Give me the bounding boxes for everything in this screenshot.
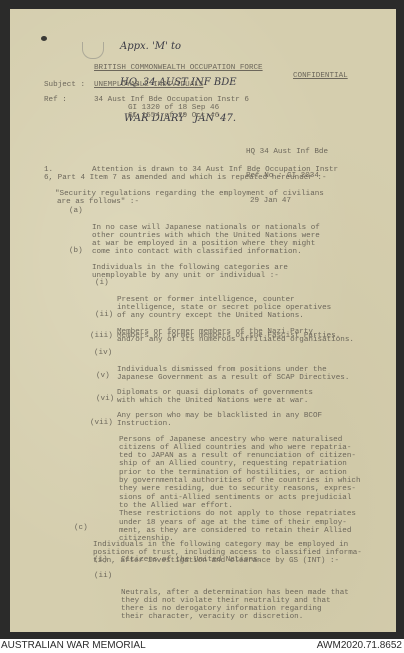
subitem-label: (iv)	[94, 349, 112, 357]
caption-bar: AUSTRALIAN WAR MEMORIAL AWM2020.71.8652	[0, 639, 404, 653]
subitem-label: (i)	[95, 279, 109, 287]
subitem-label: (i)	[94, 556, 108, 564]
item-label: (b)	[69, 247, 83, 255]
subitem-label: (ii)	[94, 572, 112, 580]
document-page: Appx. 'M' to HQ. 34 AUST INF BDE WAR DIA…	[10, 9, 396, 632]
ref-line: GI 1554 of 29 Oct 46	[128, 112, 219, 120]
item-label: (a)	[69, 207, 83, 215]
subitem-text: Citizens of the United Nations.	[121, 556, 262, 564]
institution-caption: AUSTRALIAN WAR MEMORIAL	[1, 639, 146, 653]
quote-text: are as follows" :-	[57, 198, 139, 206]
subitem-label: (ii)	[95, 311, 113, 319]
pencil-mark	[82, 42, 104, 59]
ref-label: Ref :	[44, 96, 67, 104]
item-label: (c)	[74, 524, 88, 532]
para-text: 6, Part 4 Item 7 as amended and which is…	[44, 174, 327, 182]
date-line: 29 Jan 47	[246, 197, 328, 205]
organization-heading: BRITISH COMMONWEALTH OCCUPATION FORCE	[94, 64, 263, 72]
subitem-label: (iii)	[90, 332, 113, 340]
annotation-line: Appx. 'M' to	[120, 41, 237, 53]
punch-hole	[41, 36, 47, 41]
accession-number: AWM2020.71.8652	[317, 639, 402, 653]
subitem-text: Members or former members of the Fascist…	[117, 332, 340, 340]
subject-title: UNEMPLOYABLE INDIVIDUALS	[94, 81, 203, 89]
from-line: HQ 34 Aust Inf Bde	[246, 148, 328, 156]
subject-label: Subject :	[44, 81, 85, 89]
subitem-text: Neutrals, after a determination has been…	[121, 572, 349, 638]
subitem-label: (vi)	[96, 395, 114, 403]
subitem-label: (vii)	[90, 419, 113, 427]
classification-label: CONFIDENTIAL	[293, 72, 348, 80]
subitem-label: (v)	[96, 372, 110, 380]
